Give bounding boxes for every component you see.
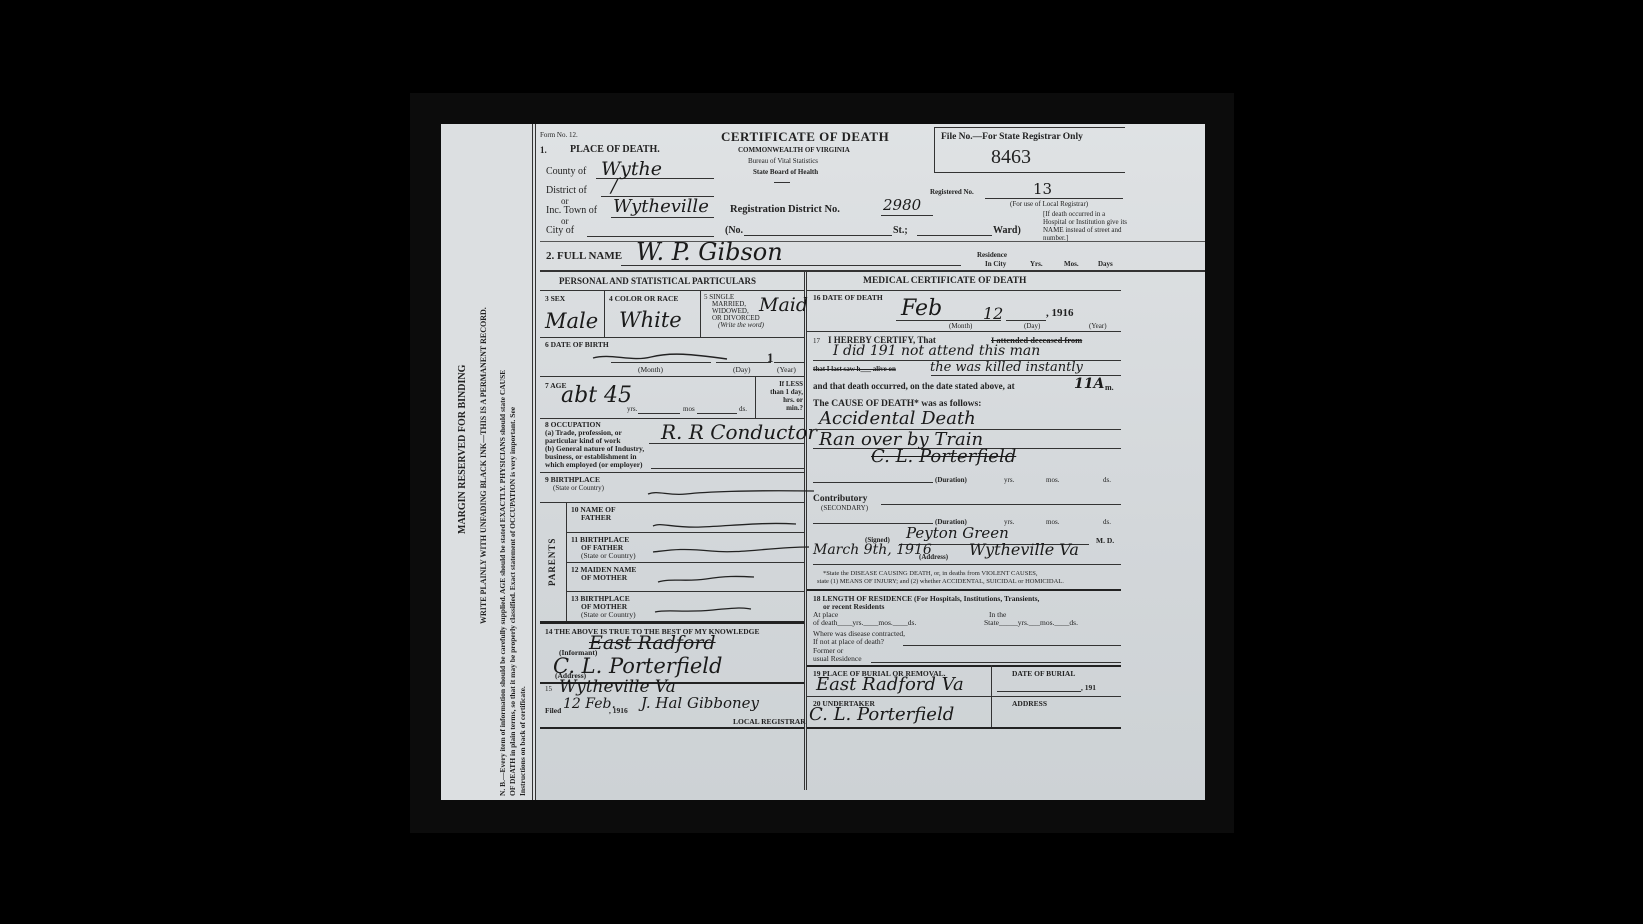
duration-line xyxy=(813,482,933,483)
city-label: City of xyxy=(546,225,574,236)
residence-days-label: Days xyxy=(1098,260,1113,268)
occupation-label: 8 OCCUPATION (a) Trade, profession, or p… xyxy=(545,421,644,469)
district-value: / xyxy=(611,176,617,197)
death-time-suffix: m. xyxy=(1105,383,1114,392)
undertaker-rule xyxy=(807,696,1121,697)
sex-label: 3 SEX xyxy=(545,294,565,303)
mother-birthplace-label: 13 BIRTHPLACE OF MOTHER (State or Countr… xyxy=(571,595,636,619)
item-15-label: 15 xyxy=(545,685,552,693)
medical-heading-rule xyxy=(807,290,1121,291)
death-year-label: (Year) xyxy=(1089,322,1107,330)
city-line xyxy=(587,236,714,237)
file-number-box: File No.—For State Registrar Only 8463 xyxy=(934,127,1125,173)
age-yrs-label: yrs. xyxy=(627,405,637,413)
burial-date-line xyxy=(997,691,1081,692)
duration-mos-label: mos. xyxy=(1046,476,1059,484)
death-day-value: 12 xyxy=(983,304,1003,323)
dob-month-line xyxy=(611,362,711,363)
birthplace-sub-label: (State or Country) xyxy=(553,484,604,492)
local-registrar-label: LOCAL REGISTRAR xyxy=(733,717,806,726)
death-occurred-label: and that death occurred, on the date sta… xyxy=(813,381,1015,391)
father-birthplace-rule xyxy=(566,532,804,533)
residence-yrs-label: Yrs. xyxy=(1030,260,1043,268)
father-birthplace-line-3: (State or Country) xyxy=(571,552,636,560)
margin-note-2: OF DEATH in plain terms, so that it may … xyxy=(508,407,517,796)
margin-reserved-text: MARGIN RESERVED FOR BINDING xyxy=(457,365,468,534)
death-day-line xyxy=(1006,320,1046,321)
town-label: Inc. Town of xyxy=(546,205,597,216)
of-death-label: of death____yrs.____mos.____ds. xyxy=(813,618,916,627)
father-name-line-2: FATHER xyxy=(571,514,616,522)
board-text: State Board of Health xyxy=(753,168,818,176)
informant-value: East Radford xyxy=(589,632,716,654)
parents-label: PARENTS xyxy=(547,538,557,586)
less-than-line-4: min.? xyxy=(759,404,803,412)
age-mos-label: mos xyxy=(683,405,695,413)
duration-yrs-label: yrs. xyxy=(1004,476,1014,484)
parents-rule xyxy=(540,502,804,503)
age-mos-line xyxy=(638,413,680,414)
burial-date-year: , 191 xyxy=(1081,683,1096,692)
street-number-line xyxy=(744,235,892,236)
undertaker-address-label: ADDRESS xyxy=(1012,699,1047,708)
signed-date-value: March 9th, 1916 xyxy=(813,542,932,558)
filed-value: 12 Feb. xyxy=(563,696,616,712)
district-label: District of xyxy=(546,185,587,196)
full-name-value: W. P. Gibson xyxy=(636,238,783,266)
certify-struck-text-2: that I last saw h___ alive on xyxy=(813,365,896,373)
race-value: White xyxy=(619,308,682,332)
age-value: abt 45 xyxy=(561,383,632,408)
contracted-line xyxy=(903,645,1121,646)
mother-name-line-2: OF MOTHER xyxy=(571,574,636,582)
death-certificate: MARGIN RESERVED FOR BINDING WRITE PLAINL… xyxy=(441,124,1205,800)
dob-year-line xyxy=(774,362,804,363)
mother-birthplace-rule xyxy=(566,591,804,592)
medical-heading: MEDICAL CERTIFICATE OF DEATH xyxy=(863,276,1026,286)
footnote-line-1: *State the DISEASE CAUSING DEATH, or, in… xyxy=(823,570,1038,577)
birthplace-label: 9 BIRTHPLACE xyxy=(545,475,600,484)
dob-rule xyxy=(540,337,804,338)
registered-number-value: 13 xyxy=(1033,180,1052,198)
dob-year-label: (Year) xyxy=(777,365,796,374)
binding-margin: MARGIN RESERVED FOR BINDING WRITE PLAINL… xyxy=(441,124,536,800)
registered-number-label: Registered No. xyxy=(930,188,974,196)
less-than-line-1: If LESS xyxy=(759,380,803,388)
occupation-value: R. R Conductor xyxy=(661,420,817,444)
file-number-label: File No.—For State Registrar Only xyxy=(941,132,1083,142)
death-month-value: Feb xyxy=(901,296,942,321)
street-label: St.; xyxy=(893,225,908,236)
filed-year: , 1916 xyxy=(609,706,628,715)
marital-label: 5 SINGLE MARRIED, WIDOWED, OR DIVORCED (… xyxy=(704,294,764,329)
death-year-value: , 1916 xyxy=(1046,307,1074,319)
race-divider xyxy=(700,290,701,337)
father-birthplace-label: 11 BIRTHPLACE OF FATHER (State or Countr… xyxy=(571,536,636,560)
margin-note-3: Instructions on back of certificate. xyxy=(518,686,527,796)
registered-number-line xyxy=(985,198,1123,199)
marital-value: Maid xyxy=(759,294,808,316)
certificate-title: CERTIFICATE OF DEATH xyxy=(721,129,889,145)
margin-note-1: N. B.—Every item of information should b… xyxy=(498,370,507,796)
burial-date-label: DATE OF BURIAL xyxy=(1012,669,1075,678)
commonwealth-text: COMMONWEALTH OF VIRGINIA xyxy=(738,146,850,154)
registration-district-label: Registration District No. xyxy=(730,204,840,215)
header-rule xyxy=(774,182,790,183)
column-divider xyxy=(804,270,807,790)
sex-value: Male xyxy=(545,309,598,333)
contributory-label: Contributory xyxy=(813,494,867,504)
left-bottom-rule xyxy=(540,727,804,729)
file-number-value: 8463 xyxy=(991,146,1031,169)
secondary-label: (SECONDARY) xyxy=(821,504,868,512)
residence-label: Residence xyxy=(977,251,1007,259)
death-day-label: (Day) xyxy=(1024,322,1040,330)
residence-rule xyxy=(807,589,1121,591)
usual-residence-label: usual Residence xyxy=(813,654,862,663)
contributory-mos-label: mos. xyxy=(1046,518,1059,526)
section-divider xyxy=(540,270,1205,272)
race-label: 4 COLOR OR RACE xyxy=(609,294,678,303)
undertaker-value: C. L. Porterfield xyxy=(809,704,954,725)
physician-address-label: (Address) xyxy=(919,553,948,561)
dob-label: 6 DATE OF BIRTH xyxy=(545,340,609,349)
certify-line-3-value: the was killed instantly xyxy=(930,360,1083,375)
dob-day-line xyxy=(716,362,771,363)
sex-divider xyxy=(604,290,605,337)
certify-line-2-value: I did 191 not attend this man xyxy=(833,343,1040,359)
marital-write-word: (Write the word) xyxy=(704,322,764,329)
date-of-death-label: 16 DATE OF DEATH xyxy=(813,293,883,302)
mother-name-rule xyxy=(566,562,804,563)
mother-birthplace-scribble xyxy=(653,604,753,616)
occupation-b-line xyxy=(651,468,804,469)
burial-rule xyxy=(807,665,1121,667)
ward-label: Ward) xyxy=(993,225,1021,236)
personal-heading: PERSONAL AND STATISTICAL PARTICULARS xyxy=(559,276,756,286)
mother-birthplace-line-3: (State or Country) xyxy=(571,611,636,619)
write-plainly-text: WRITE PLAINLY WITH UNFADING BLACK INK—TH… xyxy=(479,307,488,624)
death-time-value: 11A xyxy=(1074,376,1104,392)
age-rule xyxy=(540,376,804,377)
contributory-line xyxy=(881,504,1121,505)
dob-day-label: (Day) xyxy=(733,365,751,374)
in-city-label: In City xyxy=(985,260,1006,268)
footnote-line-2: state (1) MEANS OF INJURY; and (2) wheth… xyxy=(817,578,1064,585)
right-bottom-rule xyxy=(807,727,1121,729)
registration-district-line xyxy=(881,215,933,216)
birthplace-rule xyxy=(540,472,804,473)
physician-address-value: Wytheville Va xyxy=(969,540,1079,559)
street-number-label: (No. xyxy=(725,225,743,236)
not-at-place-label: If not at place of death? xyxy=(813,637,884,646)
duration-label: (Duration) xyxy=(935,476,967,484)
form-number: Form No. 12. xyxy=(540,131,578,139)
personal-heading-rule xyxy=(540,290,804,291)
cause-line-1-value: Accidental Death xyxy=(819,408,976,429)
state-label: State_____yrs.___mos.____ds. xyxy=(984,618,1078,627)
less-than-line-3: hrs. or xyxy=(759,396,803,404)
certify-number: 17 xyxy=(813,337,820,345)
birthplace-scribble xyxy=(646,486,816,500)
age-ds-line xyxy=(697,413,737,414)
dob-month-label: (Month) xyxy=(638,365,663,374)
ward-line xyxy=(917,235,992,236)
section-1-number: 1. xyxy=(540,145,547,155)
father-birthplace-scribble xyxy=(651,542,811,556)
certify-rule xyxy=(807,331,1121,332)
mother-name-label: 12 MAIDEN NAME OF MOTHER xyxy=(571,566,636,582)
death-month-label: (Month) xyxy=(949,322,972,330)
father-name-label: 10 NAME OF FATHER xyxy=(571,506,616,522)
local-registrar-note: (For use of Local Registrar) xyxy=(1010,200,1088,208)
physician-address-line xyxy=(813,564,1121,565)
less-than-line-2: than 1 day, xyxy=(759,388,803,396)
town-line xyxy=(611,217,714,218)
occupation-rule xyxy=(540,418,804,419)
less-than-day-note: If LESS than 1 day, hrs. or min.? xyxy=(759,380,803,412)
county-label: County of xyxy=(546,166,586,177)
town-value: Wytheville xyxy=(613,196,709,217)
mother-name-scribble xyxy=(656,572,756,586)
registration-district-value: 2980 xyxy=(883,196,921,214)
md-label: M. D. xyxy=(1096,536,1114,545)
residence-mos-label: Mos. xyxy=(1064,260,1079,268)
place-of-death-heading: PLACE OF DEATH. xyxy=(570,144,660,155)
burial-place-value: East Radford Va xyxy=(816,674,964,695)
full-name-label: 2. FULL NAME xyxy=(546,250,622,262)
age-less-divider xyxy=(755,376,756,418)
dob-year-prefix: 1 xyxy=(767,350,774,366)
contributory-ds-label: ds. xyxy=(1103,518,1111,526)
age-ds-label: ds. xyxy=(739,405,747,413)
bureau-text: Bureau of Vital Statistics xyxy=(748,157,818,165)
duration-ds-label: ds. xyxy=(1103,476,1111,484)
cause-struck-value: C. L. Porterfield xyxy=(871,446,1016,467)
usual-residence-line xyxy=(871,662,1121,663)
occupation-b3-label: which employed (or employer) xyxy=(545,461,644,469)
filed-label: Filed xyxy=(545,706,561,715)
registrar-signature: J. Hal Gibboney xyxy=(641,694,759,712)
father-name-scribble xyxy=(651,518,801,532)
occupation-a-line xyxy=(649,443,804,444)
hospital-note: [If death occurred in a Hospital or Inst… xyxy=(1043,210,1127,242)
informant-rule xyxy=(540,621,804,624)
informant-address-value: C. L. Porterfield xyxy=(553,654,722,678)
